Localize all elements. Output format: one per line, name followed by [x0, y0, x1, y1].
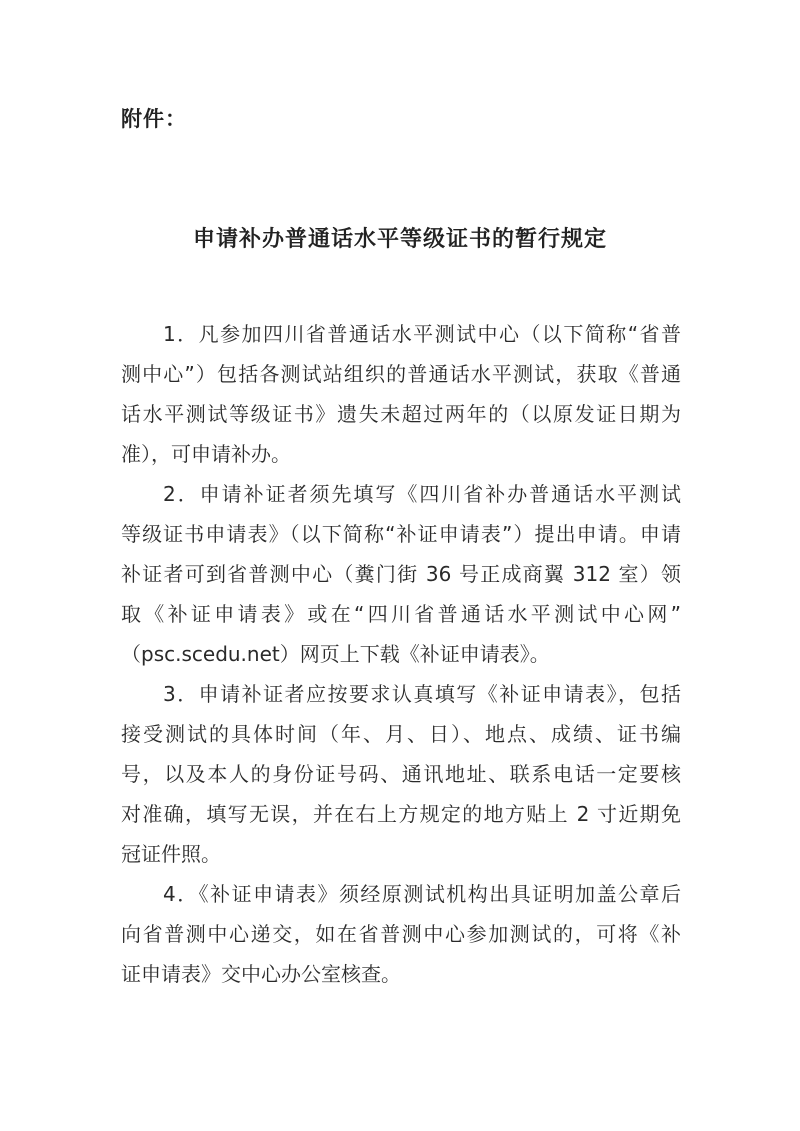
document-body: 1．凡参加四川省普通话水平测试中心（以下简称“省普 测中心”）包括各测试站组织的…	[121, 314, 681, 994]
paragraph-line: 4．《补证申请表》须经原测试机构出具证明加盖公章后	[121, 874, 681, 914]
paragraph-line: 话水平测试等级证书》遗失未超过两年的（以原发证日期为	[121, 394, 681, 434]
paragraph-line: 向省普测中心递交，如在省普测中心参加测试的，可将《补	[121, 914, 681, 954]
paragraph-line: 1．凡参加四川省普通话水平测试中心（以下简称“省普	[121, 314, 681, 354]
paragraph-line: 号，以及本人的身份证号码、通讯地址、联系电话一定要核	[121, 754, 681, 794]
paragraph-line: 等级证书申请表》（以下简称“补证申请表”）提出申请。申请	[121, 514, 681, 554]
paragraph-line: 补证者可到省普测中心（糞门街 36 号正成商翼 312 室）领	[121, 554, 681, 594]
paragraph-line: 冠证件照。	[121, 834, 681, 874]
paragraph-2: 2．申请补证者须先填写《四川省补办普通话水平测试 等级证书申请表》（以下简称“补…	[121, 474, 681, 674]
attachment-label: 附件：	[121, 103, 187, 133]
paragraph-line: 2．申请补证者须先填写《四川省补办普通话水平测试	[121, 474, 681, 514]
paragraph-1: 1．凡参加四川省普通话水平测试中心（以下简称“省普 测中心”）包括各测试站组织的…	[121, 314, 681, 474]
paragraph-4: 4．《补证申请表》须经原测试机构出具证明加盖公章后 向省普测中心递交，如在省普测…	[121, 874, 681, 994]
paragraph-line: 测中心”）包括各测试站组织的普通话水平测试，获取《普通	[121, 354, 681, 394]
paragraph-3: 3．申请补证者应按要求认真填写《补证申请表》，包括 接受测试的具体时间（年、月、…	[121, 674, 681, 874]
paragraph-line: 准），可申请补办。	[121, 434, 681, 474]
paragraph-line: 接受测试的具体时间（年、月、日）、地点、成绩、证书编	[121, 714, 681, 754]
document-page: 附件： 申请补办普通话水平等级证书的暂行规定 1．凡参加四川省普通话水平测试中心…	[0, 0, 800, 1131]
paragraph-line: 3．申请补证者应按要求认真填写《补证申请表》，包括	[121, 674, 681, 714]
document-title: 申请补办普通话水平等级证书的暂行规定	[0, 222, 800, 253]
paragraph-line: （psc.scedu.net）网页上下载《补证申请表》。	[121, 634, 681, 674]
paragraph-line: 对准确，填写无误，并在右上方规定的地方贴上 2 寸近期免	[121, 794, 681, 834]
paragraph-line: 证申请表》交中心办公室核查。	[121, 954, 681, 994]
paragraph-line: 取《补证申请表》或在“四川省普通话水平测试中心网”	[121, 594, 681, 634]
